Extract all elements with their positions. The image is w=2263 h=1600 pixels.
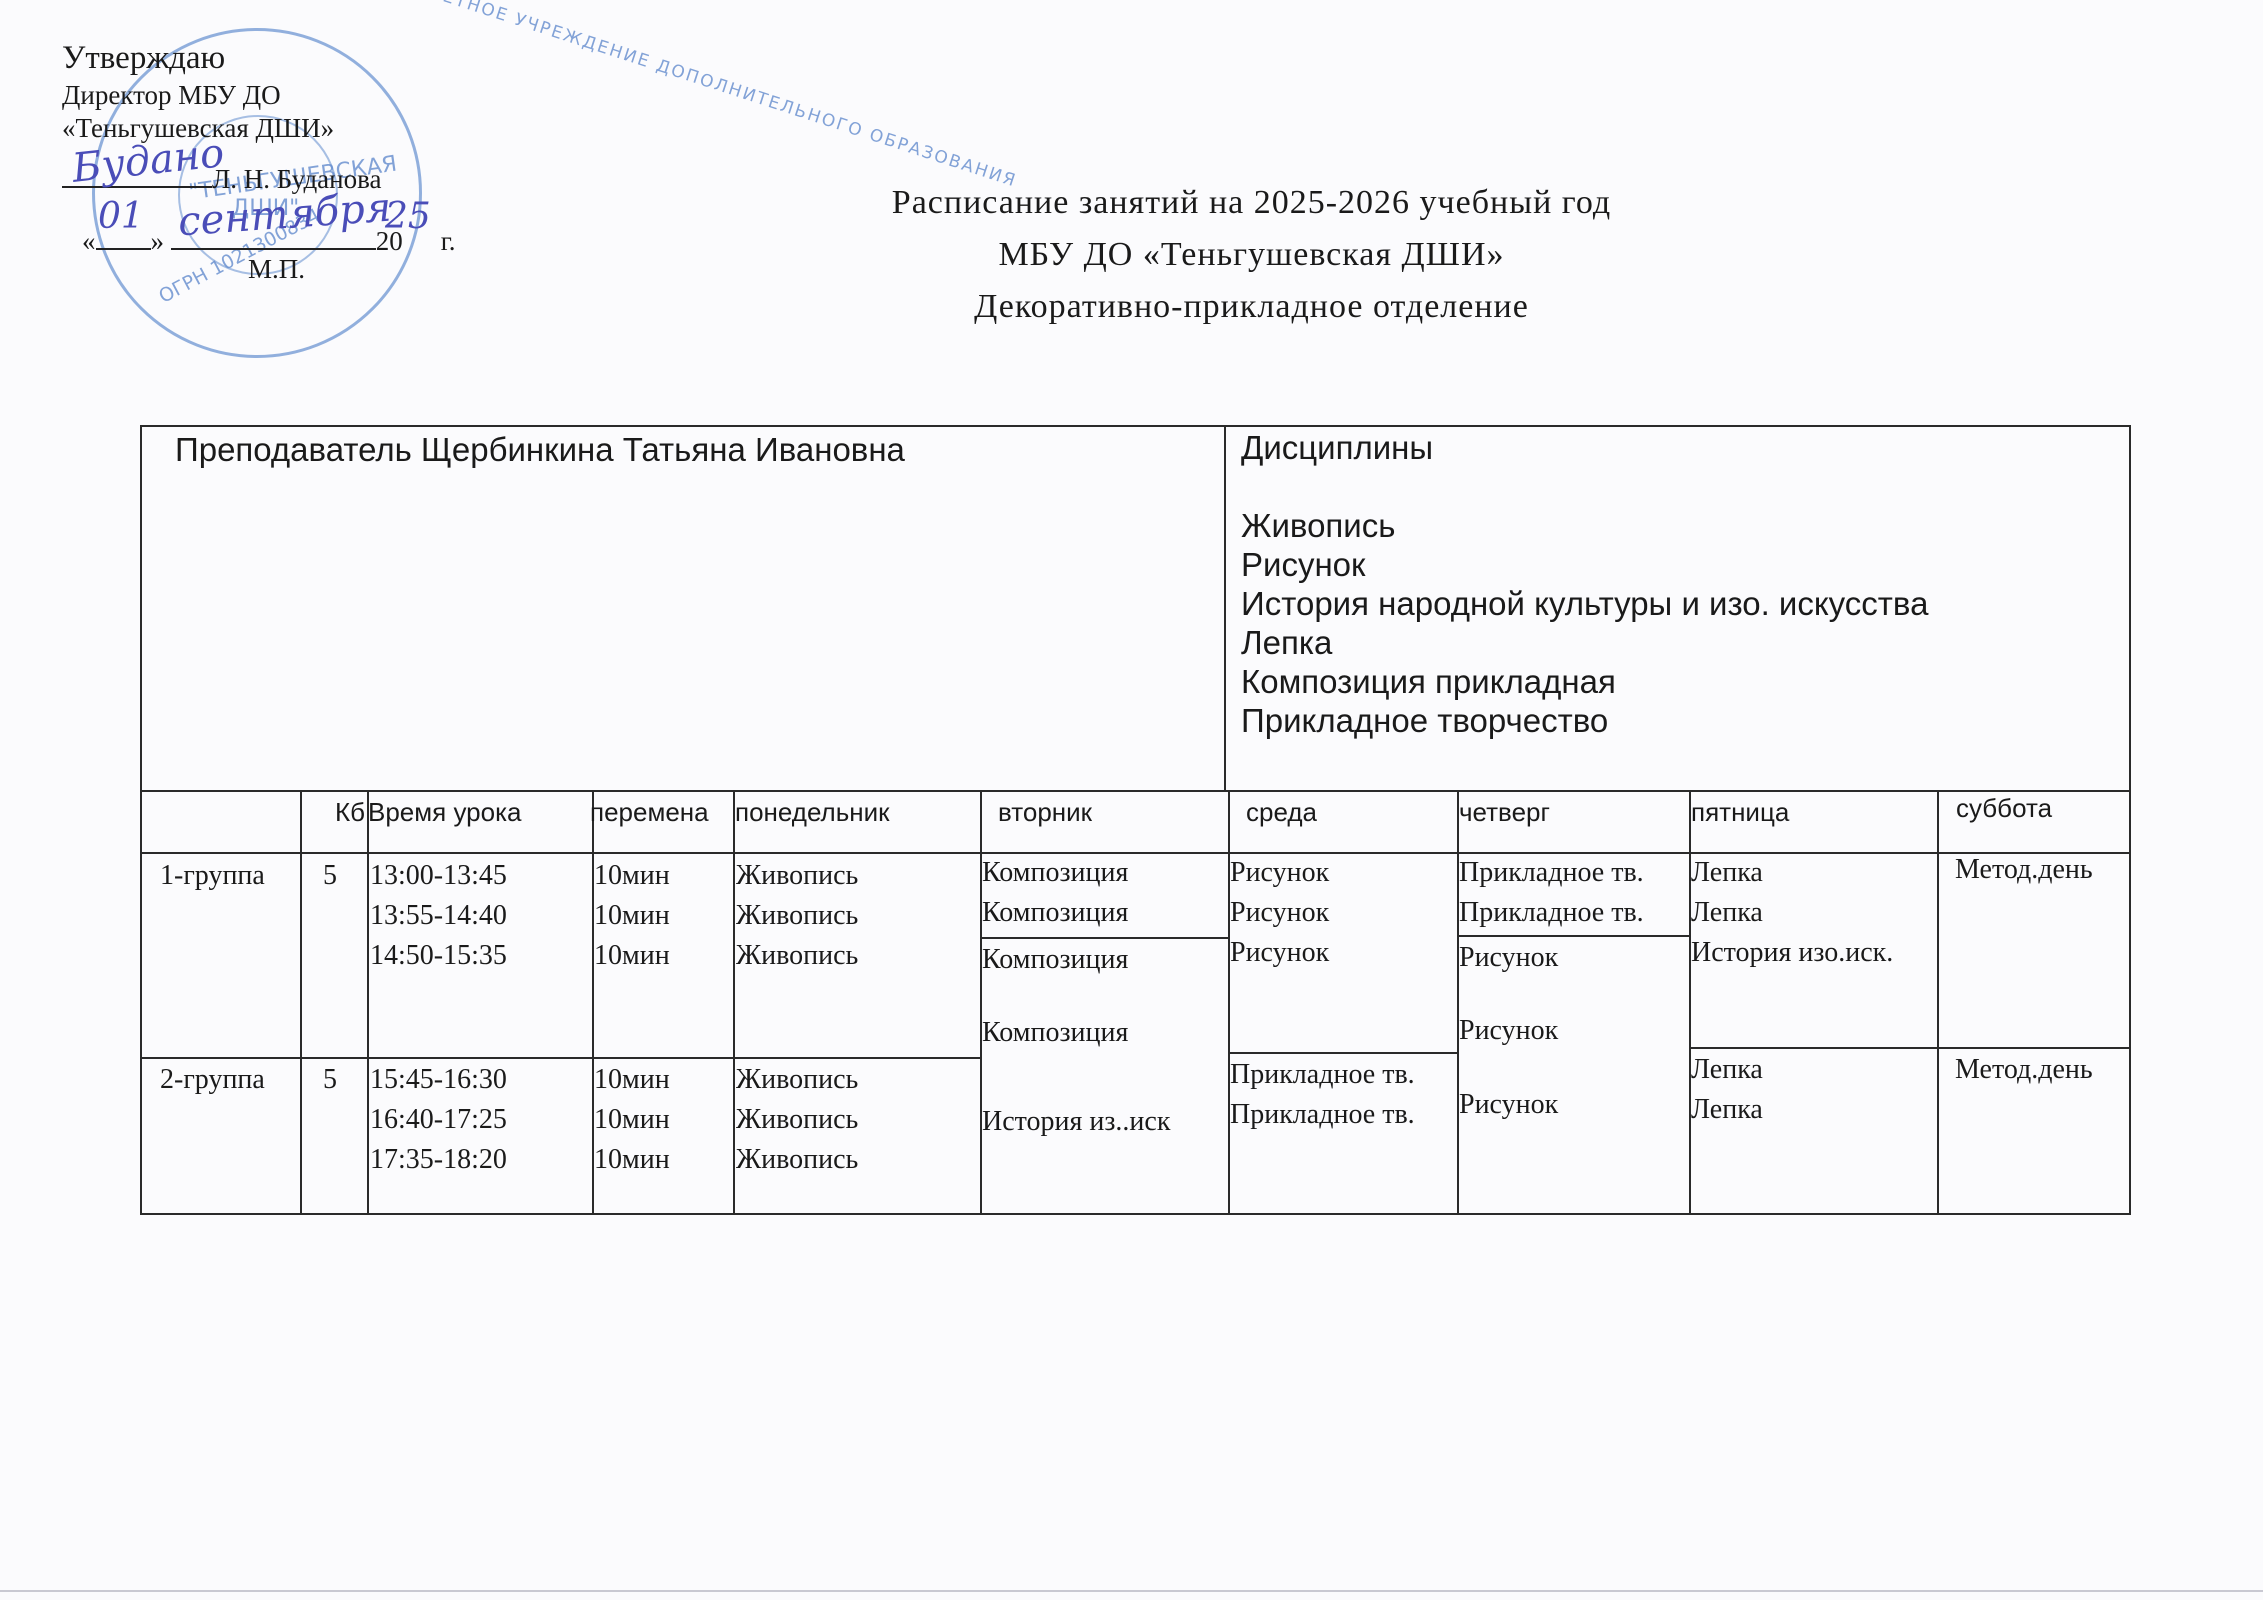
col-header-tuesday: вторник [998,792,1092,832]
col-divider-break [733,790,735,1214]
lesson-subject: Рисунок [1230,853,1329,893]
group-2-friday: Лепка Лепка [1691,1050,1763,1130]
table-bottom-border [140,1213,2131,1215]
lesson-subject: Прикладное тв. [1230,1055,1415,1095]
group-1-wednesday: Рисунок Рисунок Рисунок [1230,853,1329,973]
lesson-subject: Рисунок [1230,893,1329,933]
department-name: Декоративно-прикладное отделение [120,288,2263,326]
group-1-name: 1-группа [160,856,265,896]
group-2-room: 5 [323,1060,337,1100]
thursday-span-2: Рисунок [1459,1011,1558,1051]
tuesday-split [980,937,1229,939]
discipline-item: Живопись [1241,506,1928,545]
col-header-thursday: четверг [1459,792,1550,832]
discipline-item: Лепка [1241,623,1928,662]
group-divider-left [140,1057,981,1059]
thursday-span-1: Рисунок [1459,938,1558,978]
thursday-span-3: Рисунок [1459,1085,1558,1125]
scan-edge-line [0,1590,2263,1592]
break-duration: 10мин [594,1100,670,1140]
group-2-breaks: 10мин 10мин 10мин [594,1060,670,1180]
lesson-subject: Лепка [1691,1050,1763,1090]
lesson-subject: История изо.иск. [1691,933,1893,973]
group-1-saturday: Метод.день [1955,850,2093,890]
group-2-name: 2-группа [160,1060,265,1100]
lesson-subject: Лепка [1691,893,1893,933]
discipline-item: Прикладное творчество [1241,701,1928,740]
lesson-subject: Живопись [736,1060,858,1100]
group-1-monday: Живопись Живопись Живопись [736,856,858,976]
lesson-subject: Композиция [982,853,1128,893]
lesson-time: 16:40-17:25 [370,1100,507,1140]
approval-director: Директор МБУ ДО [62,82,281,109]
group-1-breaks: 10мин 10мин 10мин [594,856,670,976]
group-2-saturday: Метод.день [1955,1050,2093,1090]
group-divider-right [1689,1047,2131,1049]
col-header-room: Кб [335,792,365,832]
col-header-break: перемена [590,792,709,832]
group-divider-wednesday [1228,1052,1458,1054]
organization-name: МБУ ДО «Теньгушевская ДШИ» [120,236,2263,274]
thursday-split [1457,935,1690,937]
col-header-time: Время урока [368,792,521,832]
tuesday-span-2: Композиция [982,1013,1128,1053]
col-header-wednesday: среда [1246,792,1317,832]
lesson-time: 17:35-18:20 [370,1140,507,1180]
disciplines-heading: Дисциплины [1241,428,1433,468]
lesson-subject: Живопись [736,856,858,896]
teacher-disciplines-divider [1224,425,1226,791]
group-1-tuesday: Композиция Композиция [982,853,1128,933]
approval-title: Утверждаю [62,42,225,75]
table-top-border [140,425,2131,427]
group-1-times: 13:00-13:45 13:55-14:40 14:50-15:35 [370,856,507,976]
lesson-subject: Живопись [736,1100,858,1140]
col-header-saturday: суббота [1956,788,2052,828]
date-open-quote: « [82,226,96,256]
col-divider-room [367,790,369,1214]
tuesday-span-3: История из..иск [982,1102,1170,1142]
discipline-item: Композиция прикладная [1241,662,1928,701]
lesson-time: 13:55-14:40 [370,896,507,936]
lesson-time: 13:00-13:45 [370,856,507,896]
col-divider-friday [1937,790,1939,1214]
discipline-item: История народной культуры и изо. искусст… [1241,584,1928,623]
group-2-times: 15:45-16:30 16:40-17:25 17:35-18:20 [370,1060,507,1180]
group-2-monday: Живопись Живопись Живопись [736,1060,858,1180]
lesson-subject: Прикладное тв. [1230,1095,1415,1135]
lesson-subject: Лепка [1691,1090,1763,1130]
table-left-border [140,425,142,1215]
break-duration: 10мин [594,1140,670,1180]
lesson-subject: Композиция [982,893,1128,933]
lesson-subject: Рисунок [1230,933,1329,973]
lesson-subject: Лепка [1691,853,1893,893]
group-1-friday: Лепка Лепка История изо.иск. [1691,853,1893,973]
table-right-border [2129,425,2131,1215]
tuesday-span-1: Композиция [982,940,1128,980]
lesson-subject: Живопись [736,1140,858,1180]
break-duration: 10мин [594,896,670,936]
break-duration: 10мин [594,1060,670,1100]
lesson-time: 14:50-15:35 [370,936,507,976]
break-duration: 10мин [594,856,670,896]
lesson-subject: Живопись [736,936,858,976]
lesson-subject: Прикладное тв. [1459,893,1644,933]
teacher-label: Преподаватель Щербинкина Татьяна Ивановн… [175,430,905,470]
lesson-subject: Живопись [736,896,858,936]
group-1-room: 5 [323,856,337,896]
break-duration: 10мин [594,936,670,976]
document-title: Расписание занятий на 2025-2026 учебный … [120,184,2263,222]
col-header-monday: понедельник [735,792,890,832]
group-1-thursday: Прикладное тв. Прикладное тв. [1459,853,1644,933]
discipline-item: Рисунок [1241,545,1928,584]
col-header-friday: пятница [1691,792,1789,832]
lesson-time: 15:45-16:30 [370,1060,507,1100]
disciplines-list: Живопись Рисунок История народной культу… [1241,506,1928,740]
group-2-wednesday: Прикладное тв. Прикладное тв. [1230,1055,1415,1135]
col-divider-group [300,790,302,1214]
lesson-subject: Прикладное тв. [1459,853,1644,893]
